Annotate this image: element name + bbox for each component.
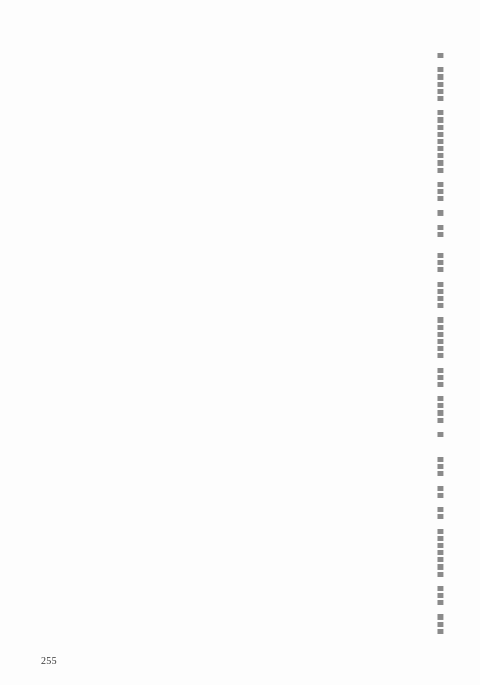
text-column: ■■■■■■■■■■■■■■■■■■■ (432, 272, 448, 279)
text-column: ■■■■■■■■■■■ (432, 258, 448, 265)
text-column: ■■■■■■■■■■■■■■■■■■■ (432, 173, 448, 180)
text-column: ■■■■■■■■■ (432, 562, 448, 569)
text-column: ■■■■■■■■■■■■■■■■■■■ (432, 577, 448, 584)
text-column: ■■■■■■■■■■■■■■■■■■ (432, 620, 448, 627)
text-column: ■■■■■■■■■■■■■■■■■■■■ (432, 584, 448, 591)
text-column: ■■■■■■■■■■■ (432, 627, 448, 634)
text-column: ■■■■■■■■■■■■■■■■■■■ (432, 634, 448, 641)
text-column: ■■■■■■■■■■■■■■■■■■■■ (432, 137, 448, 144)
text-column: ■■■■■■■■■■■■■■■■■■■■ (432, 180, 448, 187)
text-column: ■■■■■■■■■■■■■■■■■■■■ (432, 430, 448, 437)
book-page: ■■■■■■■■■■■■■■■■■■ ■■■■■■■■■■■■■■■■■■■ ■… (0, 0, 480, 685)
text-column: ■■■■■■■■■■■■■■■■■■■ (432, 158, 448, 165)
text-column: ■■■■■■■■■■■■■■■■■■■■ (432, 330, 448, 337)
text-column: ■■■■■■■■■■■■■■■■■■■■ (432, 612, 448, 619)
text-column: ■■■■■■ (432, 166, 448, 173)
text-column: ■■■■■■■■■■■■■■■■■■■■ (432, 484, 448, 491)
text-column: ■■■■■■■■■■■■■■■■■■■ (432, 605, 448, 612)
text-column: ■■■■■■■■■■■■■■ (432, 512, 448, 519)
text-column: ■■■ (432, 251, 448, 258)
text-column: ■■■■■■■■■■■■■■■■■■■ (432, 58, 448, 65)
text-column: ■■■■■■■■■■■■■■■■■■■■ (432, 401, 448, 408)
text-column: ■■■■■■■■■■■■■■■■■■■■ (432, 527, 448, 534)
text-column: ■■■■■■■■■■ (432, 351, 448, 358)
text-column: ■■■ (432, 408, 448, 415)
text-column: ■■■■■■■■■■■■■■■■■■■■ (432, 455, 448, 462)
text-column: ■■■■■■■■■■■■■■■■■■ (432, 591, 448, 598)
text-column: ■■■■■■■■■■■■■■■■■■■■ (432, 108, 448, 115)
text-column: ■■■■■■■■■■■■■■■■■■■ (432, 519, 448, 526)
text-column: ■■■■■■■■ (432, 87, 448, 94)
text-column: ■■■■■■■ (432, 194, 448, 201)
text-column: ■■■■■■■■■■■■■■■■■■■ (432, 308, 448, 315)
text-column: ■■■■■■■■■■■■■■■■■■■■ (432, 323, 448, 330)
text-column: ■■■■■■■■■■■■■■■■■ (432, 151, 448, 158)
text-column: ■■■■■■■■■■■■■■■■■■■■ (432, 80, 448, 87)
text-column: ■■■■■■■■■■■■■■■■■■■■ (432, 541, 448, 548)
text-column: ■■■■■■■■■■■■■■■■■■■ (432, 387, 448, 394)
text-column: ■■■■■■■■■■■■■■■■■■■ (432, 498, 448, 505)
text-column: ■■■■■■■■■ (432, 416, 448, 423)
text-column: ■■■■■■■■■■■■■■■■■■■■ (432, 548, 448, 555)
text-column: ■■■■■■■■■■■■■■■■■■■■ (432, 65, 448, 72)
text-column: ■■■■■■■■■■■■■■■■■■■ (432, 201, 448, 208)
text-column: ■■■■■■■■■■■■■■■■■■■■ (432, 394, 448, 401)
text-column: ■■■■■■■■■■■■■■ (432, 505, 448, 512)
text-column: ■■■■■■■■■■■■■■■■■■■■ (432, 287, 448, 294)
text-column: ■■■■■■■■■■■■■■■■■■ (432, 462, 448, 469)
text-column: ■■■■■■■■■■■■■■■■■■ (432, 373, 448, 380)
text-column: ■■■■■■■■■■■■■■■■■■■ (432, 216, 448, 223)
text-column: ■■■■■■■■■■■■■■■■■■■ (432, 423, 448, 430)
text-column: ■■■■■■■■■■■■■■■■■■■■ (432, 115, 448, 122)
text-column: ■■■■■■■■■■■■■■■■■ (432, 265, 448, 272)
text-column: ■■■■■■■■■■■■■■■■■ (432, 555, 448, 562)
text-column: ■■■■■■■■■■■■■■■■■■ (432, 301, 448, 308)
text-column: ■■■■■■■■■■■ (432, 94, 448, 101)
text-column: ■■■■■ (432, 598, 448, 605)
text-column: ■■■■■■■■■■■■■■■■■■■■ (432, 144, 448, 151)
text-column: ■■■■■■■■■■■■■■■■■■■■ (432, 230, 448, 237)
text-column: ■■■■■■■■■■■■■■■■■■■■ (432, 280, 448, 287)
text-column: ■■■■■■■■■ (432, 294, 448, 301)
text-column: ■■■■■■■■■■■■■■■■■■■■ (432, 130, 448, 137)
text-column: ■■■■■■ (432, 380, 448, 387)
text-column: ■■■■ (432, 208, 448, 215)
text-column: ■■■■■■■■■■■■■ (432, 344, 448, 351)
text-column: ■■■■■■■■■■ (432, 491, 448, 498)
text-column: ■■■■■■■■■■■■■■■■■■■■ (432, 123, 448, 130)
text-column: ■■■■■■■■■■■■■■■■■■■■ (432, 315, 448, 322)
text-tier-middle: ■■■ ■■■■■■■■■■■ ■■■■■■■■■■■■■■■■■ ■■■■■■… (35, 251, 448, 437)
text-column: ■■■■■■■■■■■■■■■■ (432, 187, 448, 194)
text-column: ■■■■■■■■■■■■■■■■■■■■ (432, 337, 448, 344)
text-column: ■■■■■■■■■■■■■■■■■■■■ (432, 72, 448, 79)
text-column: ■■■■■■■■■■■■■ (432, 469, 448, 476)
text-tier-lower: ■■■■■■■■■■■■■■■■■■■■ ■■■■■■■■■■■■■■■■■■ … (35, 455, 448, 641)
text-column: ■■■■■■■■■■■■■■■■■■■ (432, 101, 448, 108)
page-number: 255 (41, 656, 57, 667)
text-column: ■■■■■■■■■■■■■■■■■■ (432, 51, 448, 58)
text-column: ■■■■■■■■■■■■■■■■■■■■ (432, 534, 448, 541)
text-column: ■■■■■■■■■■■■■■■■■■■ (432, 358, 448, 365)
text-column: ■■■■■■■■■■■■■■■■■■■ (432, 476, 448, 483)
text-column: ■■■■■■■■■■■■■■■■■■■■ (432, 223, 448, 230)
text-column: ■■■■■■■■■■■■■■■■■■■■ (432, 366, 448, 373)
text-column: ■■■■■■■■■ (432, 570, 448, 577)
text-tier-upper: ■■■■■■■■■■■■■■■■■■ ■■■■■■■■■■■■■■■■■■■ ■… (35, 51, 448, 237)
